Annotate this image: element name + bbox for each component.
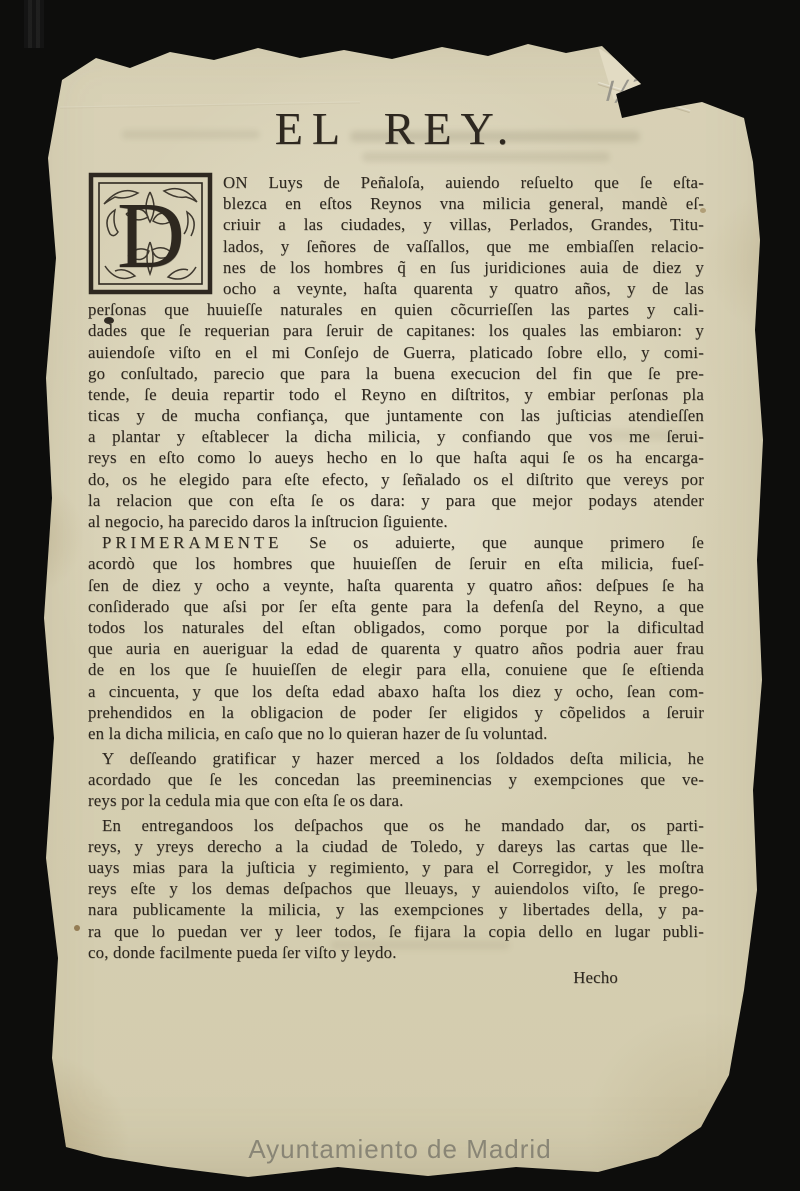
text-line: PRIMERAMENTE Se os aduierte, que aunque … [88, 532, 704, 553]
text-line: al negocio, ha parecido daros la inſtruc… [88, 511, 704, 532]
text-line: que auria en aueriguar la edad de quaren… [88, 638, 704, 659]
text-line: reys, y yreys derecho a la ciudad de Tol… [88, 836, 704, 857]
text-line: go conſultado, parecio que para la buena… [88, 363, 704, 384]
text-line: blezca en eſtos Reynos vna milicia gener… [223, 193, 704, 214]
text-line: conſiderado que aſsi por ſer eſta gente … [88, 596, 704, 617]
closing-word: Hecho [88, 967, 704, 989]
archive-shelfmark: I/313 [605, 71, 691, 108]
text-line: ra que lo puedan ver y leer todos, ſe fi… [88, 921, 704, 942]
page-title: EL REY. [88, 102, 704, 155]
first-paragraph-body: perſonas que huuieſſe naturales en quien… [88, 299, 704, 532]
text-line: reys por la cedula mia que con eſta ſe o… [88, 790, 704, 811]
text-line: reys eſte y los demas deſpachos que lleu… [88, 878, 704, 899]
text-line: todos los naturales del eſtan obligados,… [88, 617, 704, 638]
text-line: ticas y de mucha confiança, que juntamen… [88, 405, 704, 426]
lead-rest: Se os aduierte, que aunque primero ſe [309, 533, 704, 552]
text-line: a plantar y eſtablecer la dicha milicia,… [88, 426, 704, 447]
text-line: la relacion que con eſta ſe os dara: y p… [88, 490, 704, 511]
stain-speck [42, 1064, 49, 1073]
photographed-document-scene: EL REY. [0, 0, 800, 1191]
dispatch-paragraph: En entregandoos los deſpachos que os he … [88, 815, 704, 963]
first-paragraph-opening: D ON Luys de Peñaloſa, auiendo reſuelto … [88, 172, 704, 299]
text-line: En entregandoos los deſpachos que os he … [88, 815, 704, 836]
text-line: tende, ſe deuia repartir todo el Reyno e… [88, 384, 704, 405]
stain-speck [74, 925, 80, 931]
text-line: dades que ſe requerian para ſeruir de ca… [88, 320, 704, 341]
text-line: en la dicha milicia, en caſo que no lo q… [88, 723, 704, 744]
grace-paragraph: Y deſſeando gratificar y hazer merced a … [88, 748, 704, 812]
opening-lines: ON Luys de Peñaloſa, auiendo reſuelto qu… [223, 172, 704, 299]
text-line: uays mias para la juſticia y regimiento,… [88, 857, 704, 878]
text-line: prehendidos en la obligacion de poder ſe… [88, 702, 704, 723]
text-line: Y deſſeando gratificar y hazer merced a … [88, 748, 704, 769]
primeramente-paragraph: PRIMERAMENTE Se os aduierte, que aunque … [88, 532, 704, 744]
text-line: perſonas que huuieſſe naturales en quien… [88, 299, 704, 320]
text-line: acordado que ſe les concedan las preemin… [88, 769, 704, 790]
decree-text-block: D ON Luys de Peñaloſa, auiendo reſuelto … [88, 172, 704, 989]
text-line: criuir a las ciudades, y villas, Perlado… [223, 214, 704, 235]
text-line: reys en eſto como lo aueys hecho en lo q… [88, 447, 704, 468]
text-line: acordò que los hombres que huuieſſen de … [88, 553, 704, 574]
text-line: ocho a veynte, haſta quarenta y quatro a… [223, 278, 704, 299]
text-line: a cincuenta, y que los deſta edad abaxo … [88, 681, 704, 702]
text-line: do, os he elegido para eſte efecto, y ſe… [88, 469, 704, 490]
text-line: ſen de diez y ocho a veynte, haſta quare… [88, 575, 704, 596]
initial-letter: D [117, 184, 185, 288]
text-line: de en los que ſe huuieſſen de elegir par… [88, 659, 704, 680]
library-watermark: Ayuntamiento de Madrid [0, 1134, 800, 1165]
text-line: ON Luys de Peñaloſa, auiendo reſuelto qu… [223, 172, 704, 193]
text-line: nes de los hombres q̃ en ſus juridicione… [223, 257, 704, 278]
background-binding-streaks [24, 0, 44, 48]
text-line: auiendoſe viſto en el mi Conſejo de Guer… [88, 342, 704, 363]
woodcut-initial-icon: D [88, 172, 213, 295]
text-line: lados, y ſeñores de vaſſallos, que me em… [223, 236, 704, 257]
paragraph-lead-word: PRIMERAMENTE [102, 533, 282, 552]
decorative-initial-d: D [88, 172, 213, 295]
document-page: EL REY. [0, 0, 800, 1191]
text-line: nara publicamente la milicia, y las exem… [88, 899, 704, 920]
text-line: co, donde facilmente pueda ſer viſto y l… [88, 942, 704, 963]
